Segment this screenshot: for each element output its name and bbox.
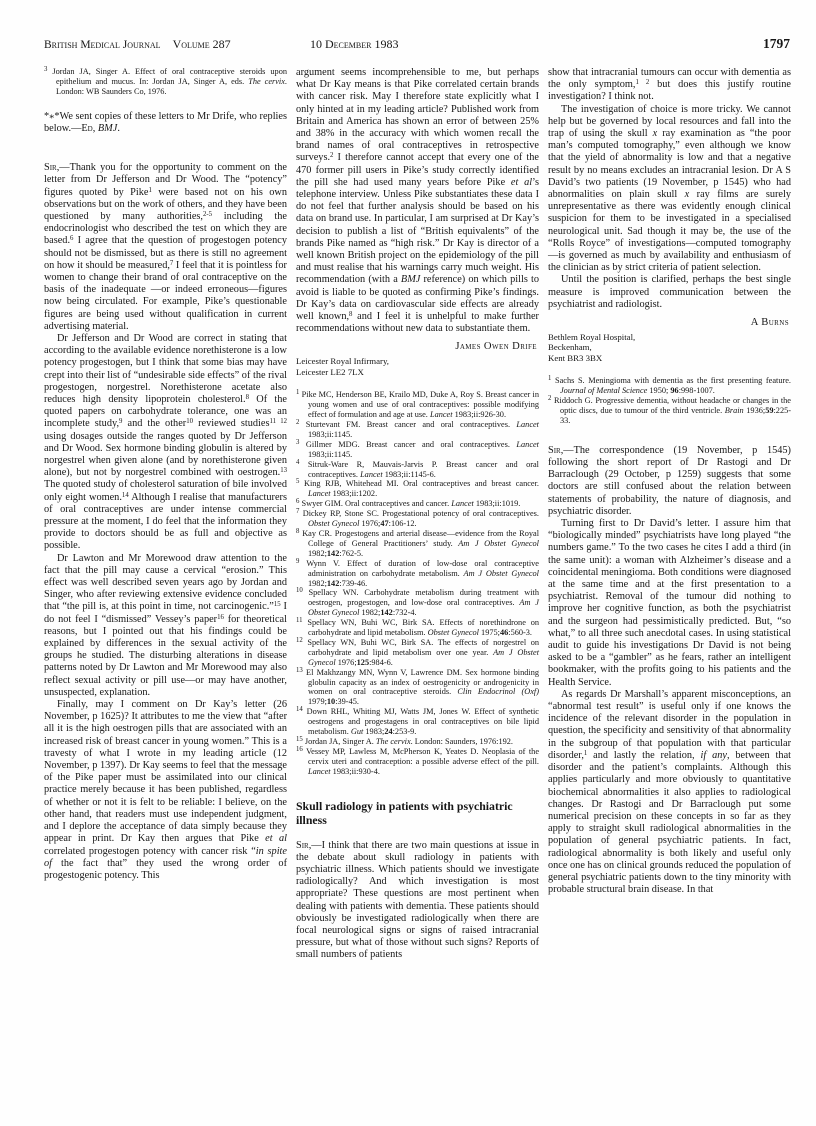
author-signature: A Burns: [548, 317, 789, 328]
issue-date: 10 December 1983: [296, 37, 548, 52]
address-line: Bethlem Royal Hospital,: [548, 332, 791, 342]
letter-paragraph: The investigation of choice is more tric…: [548, 104, 791, 275]
reference-item: 13 El Makhzangy MN, Wynn V, Lawrence DM.…: [296, 668, 539, 708]
letter-paragraph: As regards Dr Marshall’s apparent miscon…: [548, 689, 791, 896]
reference-item: 9 Wynn V. Effect of duration of low-dose…: [296, 559, 539, 589]
reference-list: 1 Pike MC, Henderson BE, Krailo MD, Duke…: [296, 390, 539, 776]
reference-item: 2 Riddoch G. Progressive dementia, witho…: [548, 396, 791, 426]
author-address: Leicester Royal Infirmary, Leicester LE2…: [296, 356, 539, 377]
journal-page: British Medical JournalVolume 287 10 Dec…: [0, 0, 816, 1126]
address-line: Kent BR3 3BX: [548, 353, 791, 363]
page-number: 1797: [548, 36, 790, 52]
column-middle: argument seems incomprehensible to me, b…: [296, 67, 539, 962]
footnote-reference: 3 Jordan JA, Singer A. Effect of oral co…: [44, 67, 287, 97]
page-header: British Medical JournalVolume 287 10 Dec…: [0, 0, 816, 52]
author-address: Bethlem Royal Hospital, Beckenham, Kent …: [548, 332, 791, 363]
reference-item: 16 Vessey MP, Lawless M, McPherson K, Ye…: [296, 747, 539, 777]
volume-label: Volume 287: [173, 37, 231, 51]
address-line: Beckenham,: [548, 342, 791, 352]
reference-item: 14 Down RHL, Whiting MJ, Watts JM, Jones…: [296, 707, 539, 737]
reference-item: 10 Spellacy WN. Carbohydrate metabolism …: [296, 588, 539, 618]
reference-item: 6 Swyer GIM. Oral contraceptives and can…: [296, 499, 539, 509]
reference-item: 8 Kay CR. Progestogens and arterial dise…: [296, 529, 539, 559]
reference-item: 2 Sturtevant FM. Breast cancer and oral …: [296, 420, 539, 440]
letter-paragraph-continued: argument seems incomprehensible to me, b…: [296, 67, 539, 335]
journal-title: British Medical Journal: [44, 39, 161, 51]
column-right: show that intracranial tumours can occur…: [548, 67, 791, 962]
letter-paragraph: Until the position is clarified, perhaps…: [548, 274, 791, 311]
reference-item: 11 Spellacy WN, Buhi WC, Birk SA. Effect…: [296, 618, 539, 638]
address-line: Leicester Royal Infirmary,: [296, 356, 539, 366]
letter-paragraph: Turning first to Dr David’s letter. I as…: [548, 518, 791, 689]
reference-item: 15 Jordan JA, Singer A. The cervix. Lond…: [296, 737, 539, 747]
column-left: 3 Jordan JA, Singer A. Effect of oral co…: [44, 67, 287, 962]
reference-item: 4 Sitruk-Ware R, Mauvais-Jarvis P. Breas…: [296, 460, 539, 480]
reference-item: 5 King RJB, Whitehead MI. Oral contracep…: [296, 479, 539, 499]
letter-paragraph: Sir,—Thank you for the opportunity to co…: [44, 162, 287, 333]
address-line: Leicester LE2 7LX: [296, 367, 539, 377]
author-signature: James Owen Drife: [296, 341, 537, 352]
reference-item: 3 Gillmer MDG. Breast cancer and oral co…: [296, 440, 539, 460]
reference-item: 12 Spellacy WN, Buhi WC, Birk SA. The ef…: [296, 638, 539, 668]
letter-paragraph: Finally, may I comment on Dr Kay’s lette…: [44, 699, 287, 882]
letter-paragraph: Sir,—The correspondence (19 November, p …: [548, 445, 791, 518]
letter-paragraph-continued: show that intracranial tumours can occur…: [548, 67, 791, 104]
reference-list: 1 Sachs S. Meningioma with dementia as t…: [548, 376, 791, 426]
text-columns: 3 Jordan JA, Singer A. Effect of oral co…: [0, 52, 816, 962]
editor-note: ***We sent copies of these letters to Mr…: [44, 111, 287, 135]
reference-item: 1 Pike MC, Henderson BE, Krailo MD, Duke…: [296, 390, 539, 420]
reference-item: 1 Sachs S. Meningioma with dementia as t…: [548, 376, 791, 396]
letter-heading: Skull radiology in patients with psychia…: [296, 799, 539, 828]
letter-paragraph: Dr Lawton and Mr Morewood draw attention…: [44, 553, 287, 699]
letter-paragraph: Sir,—I think that there are two main que…: [296, 840, 539, 962]
journal-masthead: British Medical JournalVolume 287: [44, 37, 296, 52]
reference-item: 7 Dickey RP, Stone SC. Progestational po…: [296, 509, 539, 529]
letter-paragraph: Dr Jefferson and Dr Wood are correct in …: [44, 333, 287, 553]
